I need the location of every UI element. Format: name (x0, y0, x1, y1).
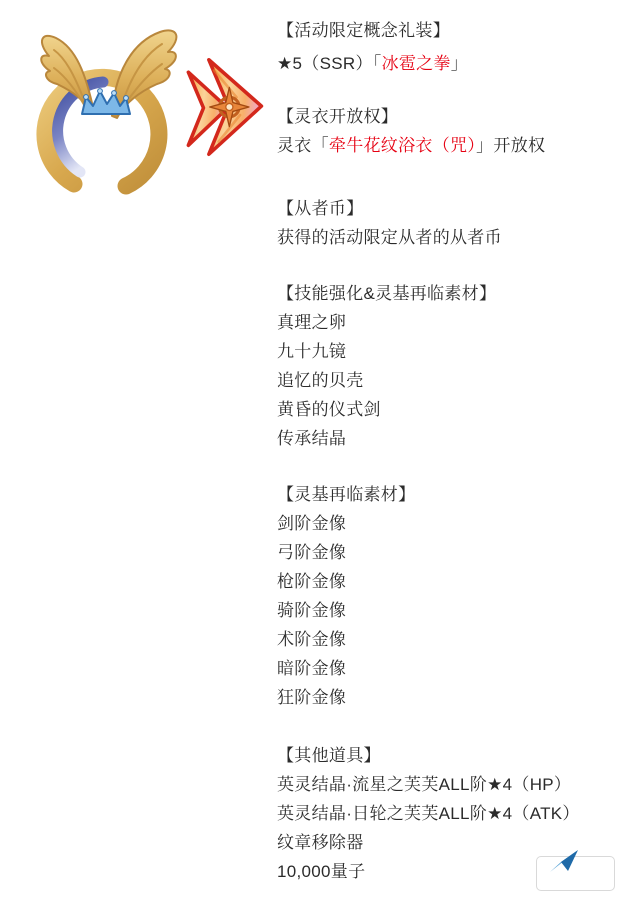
reward-item: 狂阶金像 (277, 683, 629, 712)
reward-item-text: 真理之卵 (277, 313, 346, 332)
section-heading: 【从者币】 (277, 194, 629, 223)
reward-item-text: ★5（SSR）「 (277, 54, 382, 73)
reward-item: 传承结晶 (277, 424, 629, 453)
reward-item: 术阶金像 (277, 625, 629, 654)
winged-headband-image (10, 12, 184, 202)
reward-item-text: 获得的活动限定从者的从者币 (277, 228, 502, 247)
reward-section: 【活动限定概念礼装】★5（SSR）「冰雹之拳」 (277, 14, 629, 80)
reward-item-text: 黄昏的仪式剑 (277, 400, 381, 419)
reward-item-text: 英灵结晶·日轮之芙芙ALL阶★4（ATK） (277, 804, 580, 823)
section-heading: 【其他道具】 (277, 741, 629, 770)
reward-text-column: 【活动限定概念礼装】★5（SSR）「冰雹之拳」 【灵衣开放权】灵衣「牵牛花纹浴衣… (277, 0, 629, 900)
reward-item: ★5（SSR）「冰雹之拳」 (277, 47, 629, 80)
cursor-arrow-icon[interactable] (548, 847, 580, 874)
reward-item-text: 英灵结晶·流星之芙芙ALL阶★4（HP） (277, 775, 571, 794)
reward-item-text: 」开放权 (476, 136, 545, 155)
reward-item: 灵衣「牵牛花纹浴衣（咒）」开放权 (277, 131, 629, 160)
reward-section: 【灵基再临素材】剑阶金像弓阶金像枪阶金像骑阶金像术阶金像暗阶金像狂阶金像 (277, 480, 629, 712)
reward-item-text: 狂阶金像 (277, 688, 346, 707)
reward-item-text: 10,000量子 (277, 862, 365, 881)
reward-item-text: 九十九镜 (277, 342, 346, 361)
reward-item: 弓阶金像 (277, 538, 629, 567)
reward-item-text: 暗阶金像 (277, 659, 346, 678)
reward-item-text: 弓阶金像 (277, 543, 346, 562)
reward-item-text: 追忆的贝壳 (277, 371, 364, 390)
reward-section: 【灵衣开放权】灵衣「牵牛花纹浴衣（咒）」开放权 (277, 102, 629, 160)
reward-item: 追忆的贝壳 (277, 366, 629, 395)
reward-item-text: 剑阶金像 (277, 514, 346, 533)
section-heading: 【活动限定概念礼装】 (277, 14, 629, 47)
reward-item-highlight: 牵牛花纹浴衣（咒） (329, 136, 476, 155)
reward-item-highlight: 冰雹之拳 (382, 54, 451, 73)
reward-item: 黄昏的仪式剑 (277, 395, 629, 424)
reward-section: 【技能强化&灵基再临素材】真理之卵九十九镜追忆的贝壳黄昏的仪式剑传承结晶 (277, 279, 629, 453)
reward-item-text: 枪阶金像 (277, 572, 346, 591)
section-heading: 【灵基再临素材】 (277, 480, 629, 509)
reward-item: 真理之卵 (277, 308, 629, 337)
reward-item-text: 灵衣「 (277, 136, 329, 155)
reward-item: 枪阶金像 (277, 567, 629, 596)
reward-item: 剑阶金像 (277, 509, 629, 538)
reward-item: 英灵结晶·流星之芙芙ALL阶★4（HP） (277, 770, 629, 799)
reward-item-text: 」 (451, 54, 468, 73)
reward-list-page: 【活动限定概念礼装】★5（SSR）「冰雹之拳」 【灵衣开放权】灵衣「牵牛花纹浴衣… (0, 0, 629, 900)
reward-item: 获得的活动限定从者的从者币 (277, 223, 629, 252)
reward-item-text: 术阶金像 (277, 630, 346, 649)
reward-item: 骑阶金像 (277, 596, 629, 625)
reward-item-text: 传承结晶 (277, 429, 346, 448)
reward-item: 英灵结晶·日轮之芙芙ALL阶★4（ATK） (277, 799, 629, 828)
reward-item-text: 纹章移除器 (277, 833, 364, 852)
reward-section: 【从者币】获得的活动限定从者的从者币 (277, 194, 629, 252)
section-heading: 【灵衣开放权】 (277, 102, 629, 131)
reward-item: 暗阶金像 (277, 654, 629, 683)
reward-item-text: 骑阶金像 (277, 601, 346, 620)
exchange-arrow-icon (183, 50, 265, 164)
item-figure (0, 0, 275, 215)
section-heading: 【技能强化&灵基再临素材】 (277, 279, 629, 308)
reward-item: 九十九镜 (277, 337, 629, 366)
